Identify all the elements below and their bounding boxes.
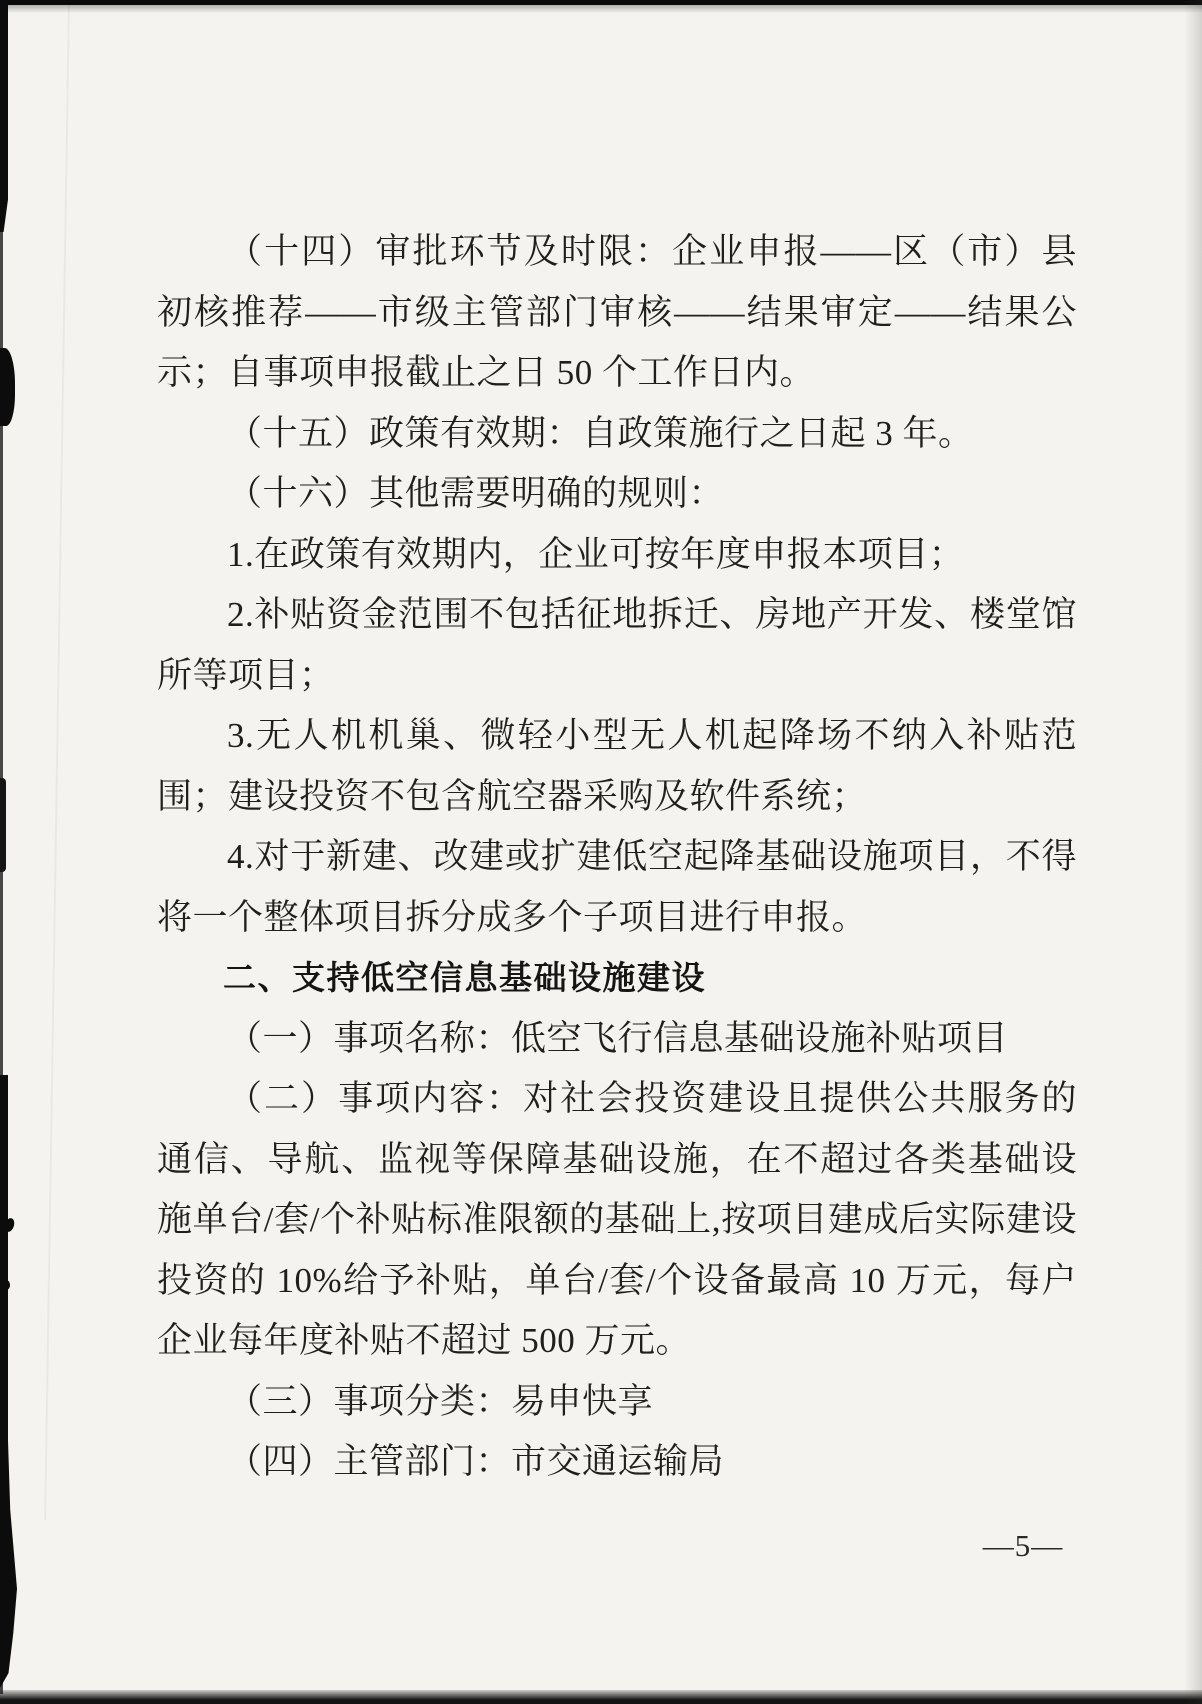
scan-artifact-left-bar-lower	[0, 1075, 8, 1450]
scan-artifact-ink-dot-small	[3, 1280, 10, 1290]
para-policy-validity-period: （十五）政策有效期：自政策施行之日起 3 年。	[157, 404, 1077, 465]
para-item-name: （一）事项名称：低空飞行信息基础设施补贴项目	[157, 1009, 1077, 1070]
para-item-category: （三）事项分类：易申快享	[157, 1372, 1077, 1433]
para-item-department: （四）主管部门：市交通运输局	[157, 1432, 1077, 1493]
section-heading-low-altitude-info-infrastructure: 二、支持低空信息基础设施建设	[157, 948, 1077, 1009]
scan-artifact-left-bar-bottom	[0, 1440, 17, 1688]
scan-artifact-right-shadow	[1184, 0, 1202, 1704]
para-rule-3-drone-facility-exclusions: 3.无人机机巢、微轻小型无人机起降场不纳入补贴范围；建设投资不包含航空器采购及软…	[157, 706, 1077, 827]
para-rule-4-no-project-splitting: 4.对于新建、改建或扩建低空起降基础设施项目，不得将一个整体项目拆分成多个子项目…	[157, 827, 1077, 948]
para-other-rules-intro: （十六）其他需要明确的规则：	[157, 464, 1077, 525]
page-number: —5—	[968, 1528, 1078, 1564]
document-body: （十四）审批环节及时限：企业申报——区（市）县初核推荐——市级主管部门审核——结…	[157, 222, 1077, 1493]
scan-artifact-bottom-edge	[0, 1690, 1202, 1704]
para-rule-1-annual-application: 1.在政策有效期内，企业可按年度申报本项目；	[157, 525, 1077, 586]
scan-artifact-left-ink-blob	[0, 348, 15, 426]
scan-artifact-top-edge-fade	[0, 5, 1202, 13]
para-rule-2-subsidy-scope-exclusions: 2.补贴资金范围不包括征地拆迁、房地产开发、楼堂馆所等项目；	[157, 585, 1077, 706]
scan-artifact-paper-crease	[44, 0, 70, 1520]
scanned-document-page: （十四）审批环节及时限：企业申报——区（市）县初核推荐——市级主管部门审核——结…	[0, 0, 1202, 1704]
para-item-content: （二）事项内容：对社会投资建设且提供公共服务的通信、导航、监视等保障基础设施，在…	[157, 1069, 1077, 1372]
scan-artifact-left-bar-mid	[0, 778, 6, 872]
scan-artifact-left-bar-top	[0, 0, 8, 232]
para-approval-process-and-deadline: （十四）审批环节及时限：企业申报——区（市）县初核推荐——市级主管部门审核——结…	[157, 222, 1077, 404]
